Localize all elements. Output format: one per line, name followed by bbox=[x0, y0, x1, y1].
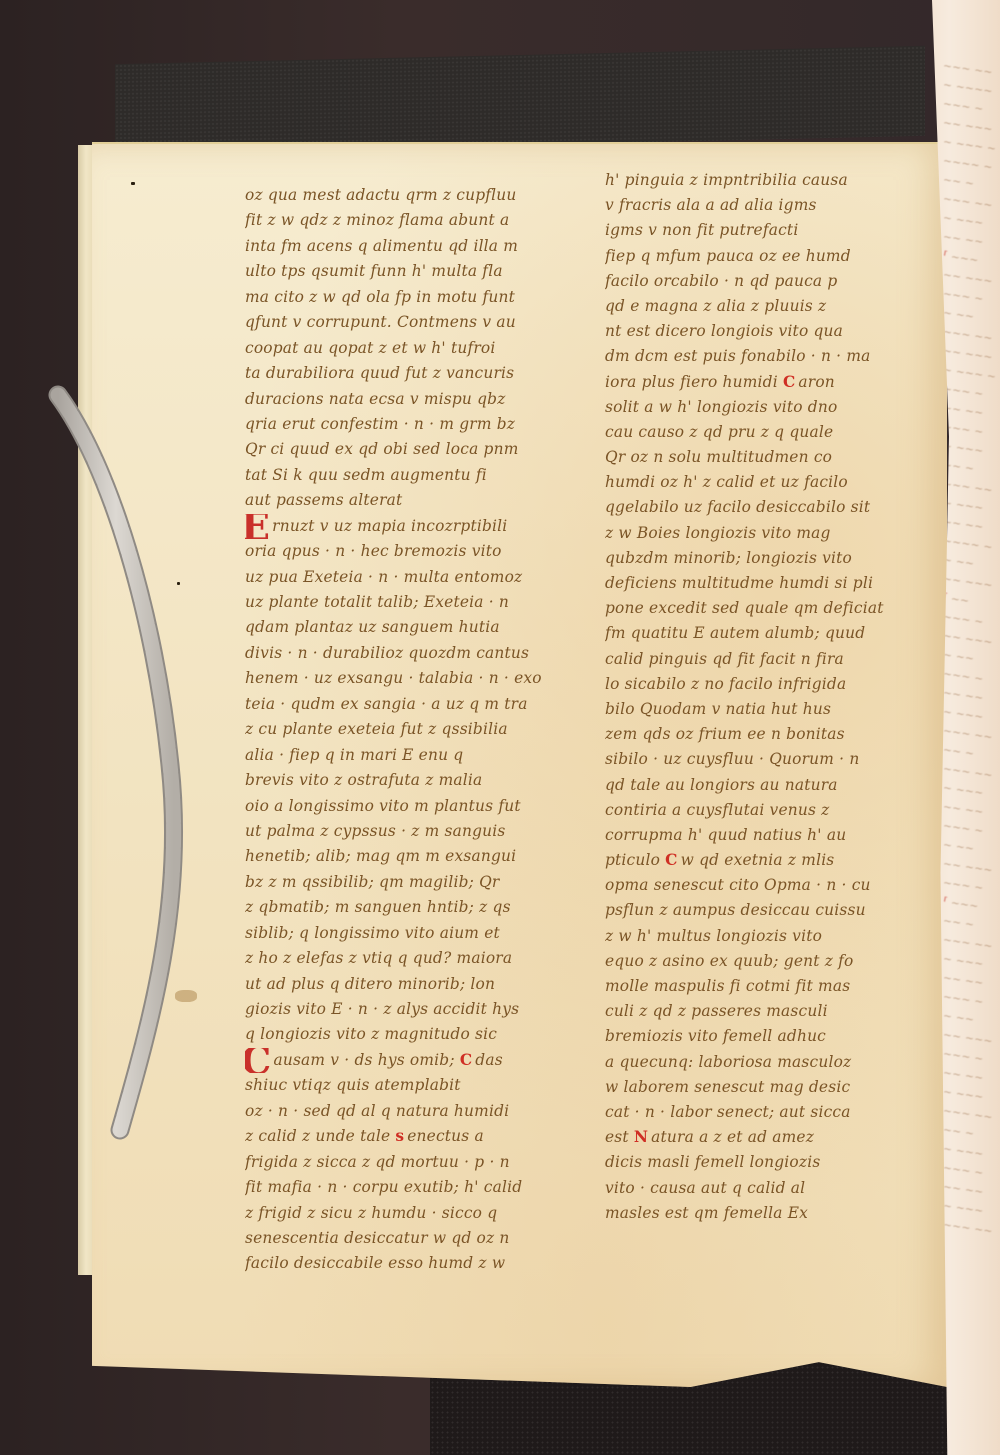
text-line: opma senescut cito Opma · n · cu bbox=[605, 873, 925, 898]
text-line: senescentia desiccatur w qd oz n bbox=[245, 1226, 590, 1251]
rubric-mark: C bbox=[665, 851, 677, 869]
text-line: qdam plantaz uz sanguem hutia bbox=[245, 615, 590, 640]
text-line: bilo Quodam v natia hut hus bbox=[605, 697, 925, 722]
text-column-left: oz qua mest adactu qrm z cupfluufit z w … bbox=[245, 183, 590, 1277]
text-line: ta durabiliora quud fut z vancuris bbox=[245, 361, 590, 386]
rubricated-initial-c: C bbox=[245, 1048, 271, 1073]
text-line: contiria a cuysflutai venus z bbox=[605, 798, 925, 823]
binding-cord bbox=[40, 385, 240, 1145]
text-line: oria qpus · n · hec bremozis vito bbox=[245, 539, 590, 564]
text-line: corrupma h' quud natius h' au bbox=[605, 823, 925, 848]
text-line: molle maspulis fi cotmi fit mas bbox=[605, 974, 925, 999]
text-line: z cu plante exeteia fut z qssibilia bbox=[245, 717, 590, 742]
text-line: vito · causa aut q calid al bbox=[605, 1176, 925, 1201]
text-line: z calid z unde tale senectus a bbox=[245, 1124, 590, 1149]
text-line: igms v non fit putrefacti bbox=[605, 218, 925, 243]
text-line: uz pua Exeteia · n · multa entomoz bbox=[245, 565, 590, 590]
text-line: equo z asino ex quub; gent z fo bbox=[605, 949, 925, 974]
text-line: w laborem senescut mag desic bbox=[605, 1075, 925, 1100]
text-line: facilo desiccabile esso humd z w bbox=[245, 1251, 590, 1276]
text-line: masles est qm femella Ex bbox=[605, 1201, 925, 1226]
text-line: z ho z elefas z vtiq q qud? maiora bbox=[245, 946, 590, 971]
text-line: tat Si k quu sedm augmentu fi bbox=[245, 463, 590, 488]
rubricated-initial-e: E bbox=[245, 514, 270, 539]
text-line: frigida z sicca z qd mortuu · p · n bbox=[245, 1150, 590, 1175]
text-line: est Natura a z et ad amez bbox=[605, 1125, 925, 1150]
text-line: dm dcm est puis fonabilo · n · ma bbox=[605, 344, 925, 369]
text-line: z frigid z sicu z humdu · sicco q bbox=[245, 1201, 590, 1226]
rubric-mark: s bbox=[395, 1127, 404, 1145]
text-line: pticulo Cw qd exetnia z mlis bbox=[605, 848, 925, 873]
text-line: bz z m qssibilib; qm magilib; Qr bbox=[245, 870, 590, 895]
text-line: psflun z aumpus desiccau cuissu bbox=[605, 898, 925, 923]
text-line: ut ad plus q ditero minorib; lon bbox=[245, 972, 590, 997]
text-column-right: h' pinguia z impntribilia causav fracris… bbox=[605, 168, 925, 1226]
text-line: coopat au qopat z et w h' tufroi bbox=[245, 336, 590, 361]
text-line: Qr ci quud ex qd obi sed loca pnm bbox=[245, 437, 590, 462]
text-line: qgelabilo uz facilo desiccabilo sit bbox=[605, 495, 925, 520]
text-line: duracions nata ecsa v mispu qbz bbox=[245, 387, 590, 412]
text-line: pone excedit sed quale qm deficiat bbox=[605, 596, 925, 621]
text-line: a quecunq: laboriosa masculoz bbox=[605, 1050, 925, 1075]
text-line: q longiozis vito z magnitudo sic bbox=[245, 1022, 590, 1047]
text-line: fit z w qdz z minoz flama abunt a bbox=[245, 208, 590, 233]
text-line: oz · n · sed qd al q natura humidi bbox=[245, 1099, 590, 1124]
text-line: qd tale au longiors au natura bbox=[605, 773, 925, 798]
text-line: fiep q mfum pauca oz ee humd bbox=[605, 244, 925, 269]
ink-speck bbox=[131, 182, 135, 185]
text-line: henetib; alib; mag qm m exsangui bbox=[245, 844, 590, 869]
text-line: qubzdm minorib; longiozis vito bbox=[605, 546, 925, 571]
text-line: zem qds oz frium ee n bonitas bbox=[605, 722, 925, 747]
facing-leaf-text: ~~~ ~~~ ~~~~~~~ ~~~ ~~~~ ~~~ ~~~~~ ~~~ ~… bbox=[943, 56, 1000, 1242]
rubric-mark: N bbox=[634, 1128, 648, 1146]
text-line: culi z qd z passeres masculi bbox=[605, 999, 925, 1024]
text-line: ut palma z cypssus · z m sanguis bbox=[245, 819, 590, 844]
text-line: qria erut confestim · n · m grm bz bbox=[245, 412, 590, 437]
text-line: ma cito z w qd ola fp in motu funt bbox=[245, 285, 590, 310]
text-line: siblib; q longissimo vito aium et bbox=[245, 921, 590, 946]
text-line: Ernuzt v uz mapia incozrptibili bbox=[245, 514, 590, 539]
text-line: Causam v · ds hys omib; Cdas bbox=[245, 1048, 590, 1073]
text-line: iora plus fiero humidi Caron bbox=[605, 370, 925, 395]
foam-support-top bbox=[115, 46, 925, 154]
text-line: ulto tps qsumit funn h' multa fla bbox=[245, 259, 590, 284]
text-line: oz qua mest adactu qrm z cupfluu bbox=[245, 183, 590, 208]
text-line: inta fm acens q alimentu qd illa m bbox=[245, 234, 590, 259]
text-line: humdi oz h' z calid et uz facilo bbox=[605, 470, 925, 495]
text-line: cat · n · labor senect; aut sicca bbox=[605, 1100, 925, 1125]
text-line: alia · fiep q in mari E enu q bbox=[245, 743, 590, 768]
text-line: uz plante totalit talib; Exeteia · n bbox=[245, 590, 590, 615]
text-line: z w Boies longiozis vito mag bbox=[605, 521, 925, 546]
text-line: nt est dicero longiois vito qua bbox=[605, 319, 925, 344]
text-line: divis · n · durabilioz quozdm cantus bbox=[245, 641, 590, 666]
text-line: facilo orcabilo · n qd pauca p bbox=[605, 269, 925, 294]
text-line: qfunt v corrupunt. Contmens v au bbox=[245, 310, 590, 335]
text-line: brevis vito z ostrafuta z malia bbox=[245, 768, 590, 793]
text-line: calid pinguis qd fit facit n fira bbox=[605, 647, 925, 672]
text-line: dicis masli femell longiozis bbox=[605, 1150, 925, 1175]
text-line: Qr oz n solu multitudmen co bbox=[605, 445, 925, 470]
text-line: fit mafia · n · corpu exutib; h' calid bbox=[245, 1175, 590, 1200]
text-line: solit a w h' longiozis vito dno bbox=[605, 395, 925, 420]
text-line: cau causo z qd pru z q quale bbox=[605, 420, 925, 445]
text-line: z w h' multus longiozis vito bbox=[605, 924, 925, 949]
text-line: henem · uz exsangu · talabia · n · exo bbox=[245, 666, 590, 691]
line-text-with-rubric: ausam v · ds hys omib; Cdas bbox=[273, 1051, 502, 1069]
text-line: z qbmatib; m sanguen hntib; z qs bbox=[245, 895, 590, 920]
text-line: bremiozis vito femell adhuc bbox=[605, 1024, 925, 1049]
text-line: shiuc vtiqz quis atemplabit bbox=[245, 1073, 590, 1098]
text-line: deficiens multitudme humdi si pli bbox=[605, 571, 925, 596]
rubric-mark: C bbox=[783, 373, 795, 391]
text-line: oio a longissimo vito m plantus fut bbox=[245, 794, 590, 819]
text-line: giozis vito E · n · z alys accidit hys bbox=[245, 997, 590, 1022]
text-line: teia · qudm ex sangia · a uz q m tra bbox=[245, 692, 590, 717]
text-line: lo sicabilo z no facilo infrigida bbox=[605, 672, 925, 697]
text-line: aut passems alterat bbox=[245, 488, 590, 513]
rubric-mark: C bbox=[460, 1051, 472, 1069]
text-line: sibilo · uz cuysfluu · Quorum · n bbox=[605, 747, 925, 772]
text-line: h' pinguia z impntribilia causa bbox=[605, 168, 925, 193]
text-line: fm quatitu E autem alumb; quud bbox=[605, 621, 925, 646]
text-line: v fracris ala a ad alia igms bbox=[605, 193, 925, 218]
text-line: qd e magna z alia z pluuis z bbox=[605, 294, 925, 319]
